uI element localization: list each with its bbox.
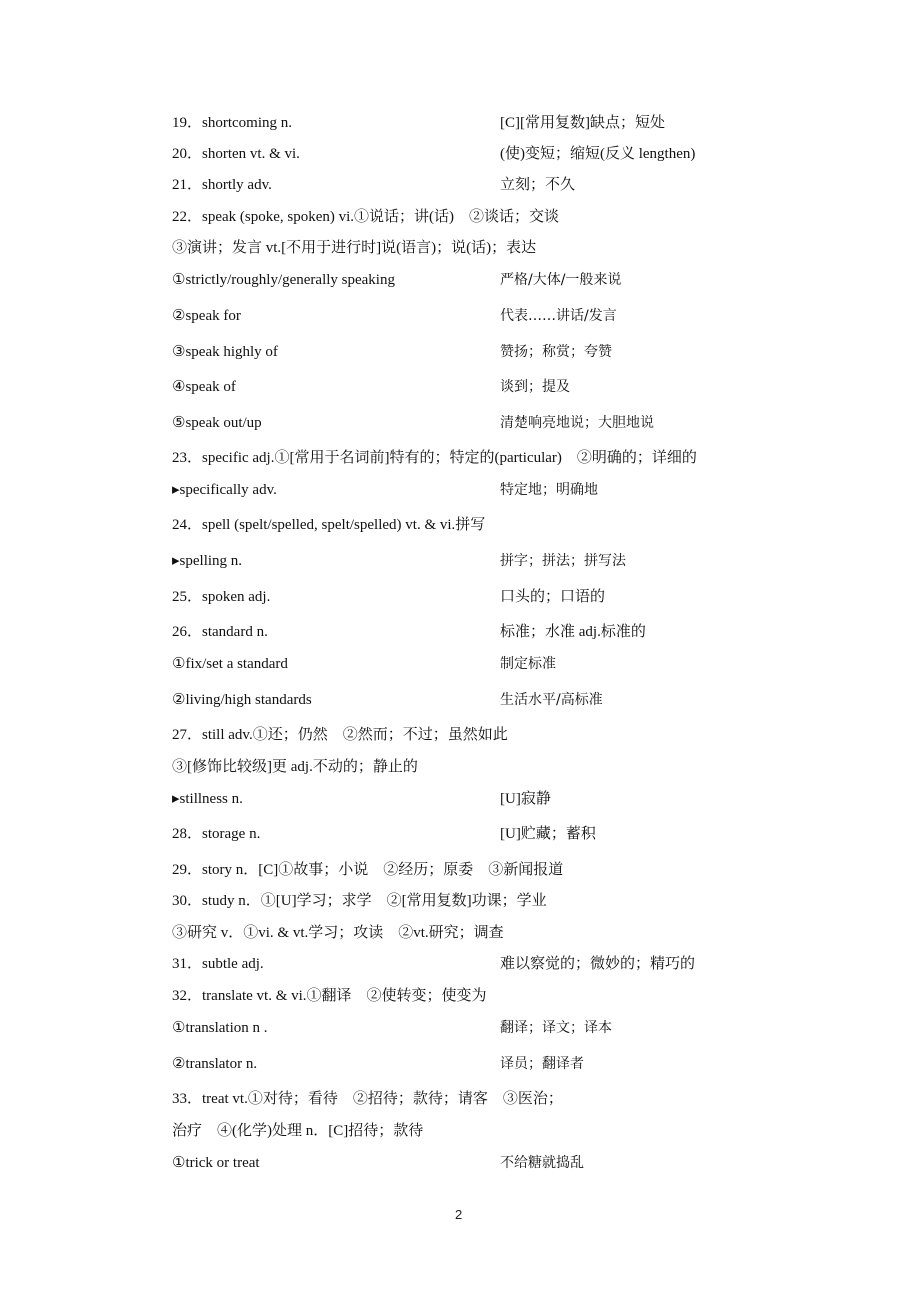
entry-definition: 谈到；提及: [500, 376, 570, 398]
entry-definition: 拼字；拼法；拼写法: [500, 550, 626, 572]
entry-line: 治疗 ④(化学)处理 n．[C]招待；款待: [172, 1120, 812, 1142]
entry-line: ①trick or treat 不给糖就捣乱: [172, 1152, 812, 1174]
entry-definition: 译员；翻译者: [500, 1053, 584, 1075]
entry-term: ▸spelling n.: [172, 550, 242, 572]
entry-term: ⑤speak out/up: [172, 412, 262, 434]
entry-line: ▸spelling n. 拼字；拼法；拼写法: [172, 550, 812, 572]
entry-definition: (使)变短；缩短(反义 lengthen): [500, 143, 695, 165]
entry-term: 26．standard n.: [172, 621, 268, 643]
entry-term: 29．story n．[C]①故事；小说 ②经历；原委 ③新闻报道: [172, 859, 563, 881]
entry-line: ③研究 v．①vi. & vt.学习；攻读 ②vt.研究；调查: [172, 922, 812, 944]
entry-definition: 制定标准: [500, 653, 556, 675]
entry-term: ▸specifically adv.: [172, 479, 277, 501]
entry-definition: 赞扬；称赏；夸赞: [500, 341, 612, 363]
entry-line: ①strictly/roughly/generally speaking 严格/…: [172, 269, 812, 291]
entry-line: ②speak for 代表……讲话/发言: [172, 305, 812, 327]
entry-term: ③speak highly of: [172, 341, 278, 363]
entry-definition: [U]寂静: [500, 788, 551, 810]
entry-term: ①trick or treat: [172, 1152, 260, 1174]
entry-definition: 严格/大体/一般来说: [500, 269, 621, 291]
entry-term: 31．subtle adj.: [172, 953, 264, 975]
entry-line: 24．spell (spelt/spelled, spelt/spelled) …: [172, 514, 812, 536]
entry-term: 30．study n．①[U]学习；求学 ②[常用复数]功课；学业: [172, 890, 547, 912]
entry-line: 28．storage n. [U]贮藏；蓄积: [172, 823, 812, 845]
entry-term: ④speak of: [172, 376, 236, 398]
entry-term: 23．specific adj.①[常用于名词前]特有的；特定的(particu…: [172, 447, 697, 469]
page-number: 2: [455, 1207, 462, 1222]
entry-definition: 生活水平/高标准: [500, 689, 603, 711]
entry-line: ▸specifically adv. 特定地；明确地: [172, 479, 812, 501]
entry-term: ③[修饰比较级]更 adj.不动的；静止的: [172, 756, 418, 778]
entry-term: 28．storage n.: [172, 823, 260, 845]
entry-line: ③[修饰比较级]更 adj.不动的；静止的: [172, 756, 812, 778]
entry-line: ⑤speak out/up 清楚响亮地说；大胆地说: [172, 412, 812, 434]
entry-line: 31．subtle adj. 难以察觉的；微妙的；精巧的: [172, 953, 812, 975]
entry-term: 治疗 ④(化学)处理 n．[C]招待；款待: [172, 1120, 423, 1142]
entry-definition: 标准；水准 adj.标准的: [500, 621, 646, 643]
entry-term: ③演讲；发言 vt.[不用于进行时]说(语言)；说(话)；表达: [172, 237, 536, 259]
entry-term: 33．treat vt.①对待；看待 ②招待；款待；请客 ③医治；: [172, 1088, 563, 1110]
entry-term: 19．shortcoming n.: [172, 112, 292, 134]
entry-term: ①fix/set a standard: [172, 653, 288, 675]
entry-term: 27．still adv.①还；仍然 ②然而；不过；虽然如此: [172, 724, 508, 746]
entry-term: ②translator n.: [172, 1053, 257, 1075]
entry-term: ③研究 v．①vi. & vt.学习；攻读 ②vt.研究；调查: [172, 922, 504, 944]
entry-line: 26．standard n. 标准；水准 adj.标准的: [172, 621, 812, 643]
entry-definition: 翻译；译文；译本: [500, 1017, 612, 1039]
entry-line: 29．story n．[C]①故事；小说 ②经历；原委 ③新闻报道: [172, 859, 812, 881]
entry-definition: 立刻；不久: [500, 174, 575, 196]
entry-definition: 清楚响亮地说；大胆地说: [500, 412, 654, 434]
entry-term: 24．spell (spelt/spelled, spelt/spelled) …: [172, 514, 485, 536]
entry-line: 19．shortcoming n. [C][常用复数]缺点；短处: [172, 112, 812, 134]
entry-term: ①translation n .: [172, 1017, 268, 1039]
entry-term: 20．shorten vt. & vi.: [172, 143, 300, 165]
entry-line: 30．study n．①[U]学习；求学 ②[常用复数]功课；学业: [172, 890, 812, 912]
entry-term: 32．translate vt. & vi.①翻译 ②使转变；使变为: [172, 985, 487, 1007]
entry-term: ①strictly/roughly/generally speaking: [172, 269, 395, 291]
entry-line: ③speak highly of 赞扬；称赏；夸赞: [172, 341, 812, 363]
entry-line: 22．speak (spoke, spoken) vi.①说话；讲(话) ②谈话…: [172, 206, 812, 228]
entry-line: 20．shorten vt. & vi. (使)变短；缩短(反义 lengthe…: [172, 143, 812, 165]
entry-definition: 口头的；口语的: [500, 586, 605, 608]
entry-definition: 代表……讲话/发言: [500, 305, 617, 327]
entry-term: ②living/high standards: [172, 689, 312, 711]
entry-line: ④speak of 谈到；提及: [172, 376, 812, 398]
entry-definition: 不给糖就捣乱: [500, 1152, 584, 1174]
entry-definition: 特定地；明确地: [500, 479, 598, 501]
entry-line: ▸stillness n. [U]寂静: [172, 788, 812, 810]
entry-line: ①fix/set a standard 制定标准: [172, 653, 812, 675]
entry-line: 23．specific adj.①[常用于名词前]特有的；特定的(particu…: [172, 447, 812, 469]
entry-line: ②translator n. 译员；翻译者: [172, 1053, 812, 1075]
entry-term: 21．shortly adv.: [172, 174, 272, 196]
entry-definition: [C][常用复数]缺点；短处: [500, 112, 665, 134]
entry-term: ▸stillness n.: [172, 788, 243, 810]
entry-line: 33．treat vt.①对待；看待 ②招待；款待；请客 ③医治；: [172, 1088, 812, 1110]
entry-line: 32．translate vt. & vi.①翻译 ②使转变；使变为: [172, 985, 812, 1007]
document-page: 19．shortcoming n. [C][常用复数]缺点；短处 20．shor…: [0, 0, 920, 1302]
entry-line: 27．still adv.①还；仍然 ②然而；不过；虽然如此: [172, 724, 812, 746]
entry-definition: [U]贮藏；蓄积: [500, 823, 596, 845]
entry-term: ②speak for: [172, 305, 241, 327]
entry-line: ①translation n . 翻译；译文；译本: [172, 1017, 812, 1039]
entry-line: 25．spoken adj. 口头的；口语的: [172, 586, 812, 608]
entry-line: ②living/high standards 生活水平/高标准: [172, 689, 812, 711]
entry-definition: 难以察觉的；微妙的；精巧的: [500, 953, 695, 975]
entry-term: 22．speak (spoke, spoken) vi.①说话；讲(话) ②谈话…: [172, 206, 559, 228]
entry-line: ③演讲；发言 vt.[不用于进行时]说(语言)；说(话)；表达: [172, 237, 812, 259]
entry-line: 21．shortly adv. 立刻；不久: [172, 174, 812, 196]
entry-term: 25．spoken adj.: [172, 586, 270, 608]
